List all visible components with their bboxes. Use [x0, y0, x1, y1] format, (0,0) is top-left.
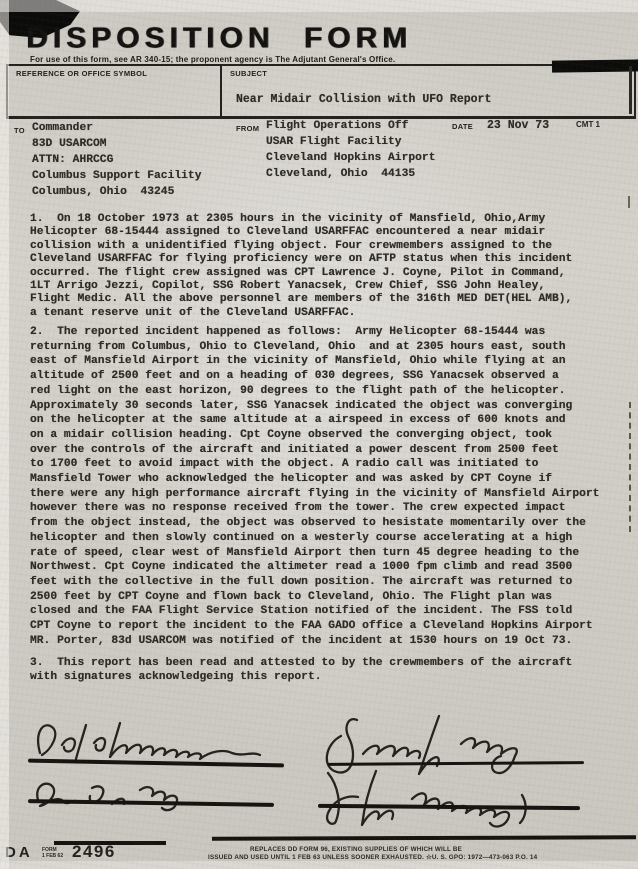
comment-number: CMT 1	[576, 120, 600, 129]
reference-symbol-label: REFERENCE OR OFFICE SYMBOL	[16, 69, 147, 78]
gpo-note: ☆U. S. GPO: 1972—473-063 P.O. 14	[426, 854, 537, 861]
from-address: Flight Operations Off USAR Flight Facili…	[266, 118, 435, 182]
to-address: Commander 83D USARCOM ATTN: AHRCCG Colum…	[32, 120, 201, 200]
form-edition-date: 1 FEB 62	[42, 853, 63, 859]
form-number: 2496	[72, 842, 116, 862]
scan-edge-mark	[629, 402, 631, 532]
cell-divider	[220, 66, 222, 116]
signature-jezzi	[28, 778, 203, 812]
body-paragraph-1: 1. On 18 October 1973 at 2305 hours in t…	[30, 213, 622, 320]
footer-rule-right	[212, 835, 636, 840]
replaces-note-line2: ISSUED AND USED UNTIL 1 FEB 63 UNLESS SO…	[208, 854, 424, 861]
signature-healey	[312, 765, 587, 830]
header-table: REFERENCE OR OFFICE SYMBOL SUBJECT Near …	[6, 64, 636, 119]
to-label: TO	[14, 126, 25, 135]
date-label: DATE	[452, 122, 473, 131]
body-paragraph-2: 2. The reported incident happened as fol…	[30, 325, 622, 648]
from-label: FROM	[236, 124, 259, 133]
form-subtitle: For use of this form, see AR 340-15; the…	[30, 55, 395, 64]
subject-label: SUBJECT	[230, 69, 267, 78]
scanned-disposition-form: DISPOSITION FORM For use of this form, s…	[0, 0, 638, 869]
scan-edge-highlight	[0, 0, 9, 869]
date-value: 23 Nov 73	[487, 119, 549, 132]
scan-ink-smudge	[552, 59, 638, 72]
scan-edge-highlight	[0, 861, 638, 869]
scan-edge-mark	[629, 66, 632, 114]
form-label-block: FORM 1 FEB 62	[42, 847, 63, 859]
form-prefix: DA	[5, 844, 33, 861]
body-paragraph-3: 3. This report has been read and atteste…	[30, 657, 622, 684]
replaces-note-line1: REPLACES DD FORM 96, EXISTING SUPPLIES O…	[208, 846, 636, 854]
scan-edge-mark	[628, 196, 630, 208]
subject-value: Near Midair Collision with UFO Report	[236, 93, 491, 106]
footer-note: REPLACES DD FORM 96, EXISTING SUPPLIES O…	[208, 846, 636, 861]
scan-edge-highlight	[0, 0, 638, 12]
form-title: DISPOSITION FORM	[26, 23, 412, 56]
